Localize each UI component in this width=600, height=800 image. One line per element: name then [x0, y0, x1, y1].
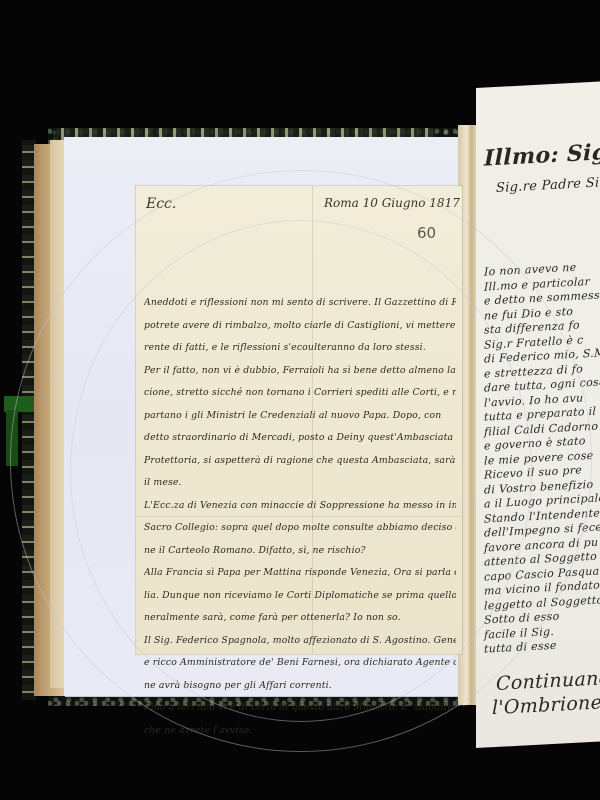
letter-line: L'Ecc.za di Venezia con minaccie di Sopp…	[144, 495, 456, 518]
photograph-scene: Illmo: Sig. Sig.re Padre Sig. Io non ave…	[0, 0, 600, 800]
folio-number: 60	[417, 224, 436, 242]
facing-page-subtitle: Sig.re Padre Sig.	[496, 175, 600, 196]
letter-line: Alla Francia sì Papa per Mattina rispond…	[144, 562, 456, 585]
letter-line: Aneddoti e riflessioni non mi sento di s…	[144, 292, 456, 315]
letter-line: cione, stretto sicché non tornano i Corr…	[144, 382, 456, 405]
letter-line: lia. Dunque non riceviamo le Corti Diplo…	[144, 585, 456, 608]
letter-line: Fino a ieri non vi è di certo di questo …	[144, 697, 456, 720]
letter-line: che ne avrete l'avviso.	[144, 720, 456, 743]
green-marker-tab-stem	[6, 410, 18, 466]
facing-page-closing-2: l'Ombrione	[492, 691, 600, 719]
letter-line: ne il Carteolo Romano. Difatto, sì, ne r…	[144, 540, 456, 563]
letter-line: il mese.	[144, 472, 456, 495]
letter-line: detto straordinario di Mercadi, posto a …	[144, 427, 456, 450]
facing-page-closing-1: Continuano	[496, 667, 600, 695]
letter-line: Sacro Collegio: sopra quel dopo molte co…	[144, 517, 456, 540]
letter-line: Protettoria, si aspetterà di ragione che…	[144, 450, 456, 473]
letter-line: Il Sig. Federico Spagnola, molto affezio…	[144, 630, 456, 653]
letter-line: potrete avere di rimbalzo, molto ciarle …	[144, 315, 456, 338]
letter-line: e ricco Amministratore de' Beni Farnesi,…	[144, 652, 456, 675]
letter-line: ne avrà bisogno per gli Affari correnti.	[144, 675, 456, 698]
letter-body: Aneddoti e riflessioni non mi sento di s…	[144, 292, 456, 742]
handwritten-letter: Ecc. Roma 10 Giugno 1817 60 Aneddoti e r…	[136, 186, 462, 654]
letter-line: Per il fatto, non vi è dubbio, Ferraioli…	[144, 360, 456, 383]
facing-page-line: tutta di esse	[484, 639, 557, 656]
letter-line: rente di fatti, e le riflessioni s'ecoul…	[144, 337, 456, 360]
facing-page-title: Illmo: Sig.	[484, 139, 600, 172]
letter-dateline: Roma 10 Giugno 1817	[324, 196, 460, 210]
letter-line: partano i gli Ministri le Credenziali al…	[144, 405, 456, 428]
facing-page-lines: Io non avevo neIll.mo e particolare dett…	[476, 81, 600, 88]
letter-salutation: Ecc.	[146, 196, 176, 212]
letter-line: neralmente sarà, come farà per ottenerla…	[144, 607, 456, 630]
facing-manuscript-page: Illmo: Sig. Sig.re Padre Sig. Io non ave…	[476, 81, 600, 748]
